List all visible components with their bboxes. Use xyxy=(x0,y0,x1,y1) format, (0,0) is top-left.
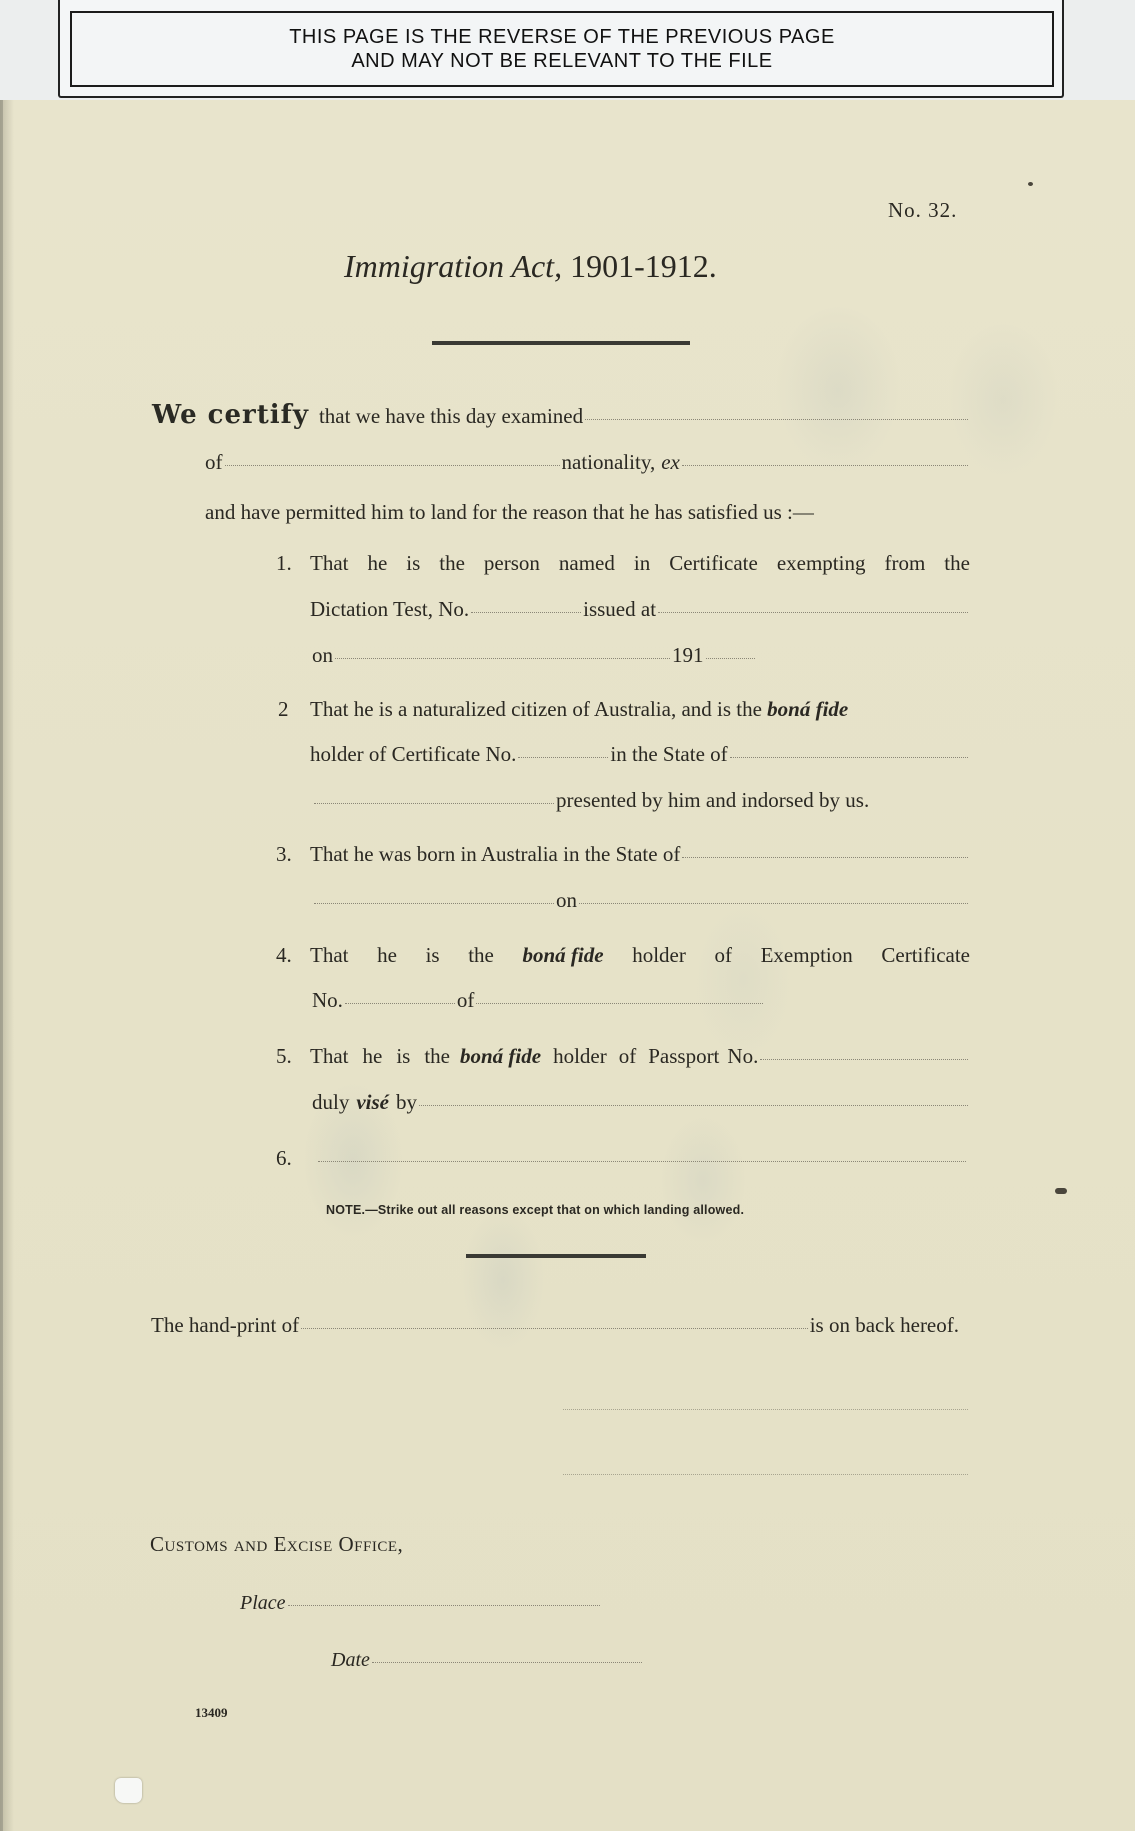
word: is xyxy=(396,1044,410,1069)
word: That xyxy=(310,943,348,968)
section-divider xyxy=(466,1254,646,1258)
certificate-state-field[interactable] xyxy=(730,757,968,758)
date-field[interactable] xyxy=(372,1662,642,1663)
year-prefix: 191 xyxy=(672,643,704,668)
on-label: on xyxy=(556,888,577,913)
handprint-name-field[interactable] xyxy=(301,1328,808,1329)
strike-out-note: NOTE.—Strike out all reasons except that… xyxy=(326,1203,744,1217)
duly-label: duly xyxy=(312,1090,349,1115)
birth-state-field[interactable] xyxy=(682,857,968,858)
reason-2-line-2: holder of Certificate No. in the State o… xyxy=(310,742,970,767)
word: he xyxy=(377,943,397,968)
reason-5-number: 5. xyxy=(276,1044,292,1069)
word: That xyxy=(310,1044,348,1069)
word: of xyxy=(619,1044,637,1069)
place-line: Place xyxy=(240,1592,602,1615)
reason-2-number: 2 xyxy=(278,697,289,722)
bona-fide-text: boná fide xyxy=(767,697,848,721)
born-in-australia-text: That he was born in Australia in the Sta… xyxy=(310,842,680,867)
word: Certificate xyxy=(881,943,970,968)
of-label: of xyxy=(205,450,223,475)
reason-2-text: That he is a naturalized citizen of Aust… xyxy=(310,697,762,721)
other-reason-field[interactable] xyxy=(318,1161,966,1162)
ink-speck xyxy=(1028,182,1033,186)
examined-name-field[interactable] xyxy=(585,419,968,420)
word: Passport xyxy=(648,1044,719,1069)
intro-line-nationality: of nationality, ex xyxy=(205,450,970,475)
reason-5-line-2: duly visé by xyxy=(312,1090,970,1115)
birth-date-field[interactable] xyxy=(579,903,968,904)
word: of xyxy=(714,943,732,968)
exemption-number-field[interactable] xyxy=(345,1003,455,1004)
word: holder xyxy=(632,943,686,968)
on-label: on xyxy=(312,643,333,668)
ex-label: ex xyxy=(661,450,680,475)
presented-indorsed-text: presented by him and indorsed by us. xyxy=(556,788,869,813)
word: Exemption xyxy=(761,943,853,968)
reason-6-line: 6. xyxy=(276,1146,968,1171)
signature-line-1[interactable] xyxy=(563,1407,968,1410)
ex-vessel-field[interactable] xyxy=(682,465,968,466)
date-label: Date xyxy=(331,1649,370,1672)
vise-authority-field[interactable] xyxy=(419,1105,968,1106)
word: is xyxy=(426,943,440,968)
word: is xyxy=(406,551,420,576)
word: the xyxy=(424,1044,450,1069)
document-title: Immigration Act, 1901-1912. xyxy=(344,248,717,285)
print-code: 13409 xyxy=(195,1705,228,1721)
state-of-label: in the State of xyxy=(610,742,727,767)
intro-line-examined: We certify that we have this day examine… xyxy=(152,400,970,430)
word: in xyxy=(634,551,650,576)
issued-at-label: issued at xyxy=(583,597,656,622)
reason-5-line-1: That he is the boná fide holder of Passp… xyxy=(310,1044,970,1069)
page-edge-shadow xyxy=(0,100,14,1831)
reason-3-number: 3. xyxy=(276,842,292,867)
banner-line-1: THIS PAGE IS THE REVERSE OF THE PREVIOUS… xyxy=(289,25,835,49)
reason-3-line-1: That he was born in Australia in the Sta… xyxy=(310,842,970,867)
word: person xyxy=(484,551,540,576)
passport-no-label: No. xyxy=(727,1044,758,1069)
handprint-prefix: The hand-print of xyxy=(151,1313,299,1338)
presented-field[interactable] xyxy=(314,803,554,804)
of-field[interactable] xyxy=(225,465,560,466)
bona-fide-text: boná fide xyxy=(460,1044,541,1069)
ink-speck xyxy=(1055,1188,1067,1194)
word: the xyxy=(468,943,494,968)
reason-1-line-3: on 191 xyxy=(312,643,757,668)
reason-2-line-3: presented by him and indorsed by us. xyxy=(312,788,922,813)
we-certify-heading: We certify xyxy=(152,400,309,430)
exemption-of-field[interactable] xyxy=(476,1003,763,1004)
by-label: by xyxy=(396,1090,417,1115)
reason-1-number: 1. xyxy=(276,551,292,576)
archive-notice-banner: THIS PAGE IS THE REVERSE OF THE PREVIOUS… xyxy=(70,11,1054,87)
date-line: Date xyxy=(331,1649,644,1672)
birth-place-field[interactable] xyxy=(314,903,554,904)
punch-hole xyxy=(115,1778,142,1803)
word: Certificate xyxy=(669,551,758,576)
reason-4-line-2: No. of xyxy=(312,988,765,1013)
handprint-line: The hand-print of is on back hereof. xyxy=(151,1313,959,1338)
vise-text: visé xyxy=(356,1090,389,1115)
permitted-to-land-text: and have permitted him to land for the r… xyxy=(205,500,814,525)
certificate-number-field[interactable] xyxy=(518,757,608,758)
word: from xyxy=(884,551,925,576)
dictation-test-number-field[interactable] xyxy=(471,612,581,613)
word: exempting xyxy=(777,551,866,576)
place-field[interactable] xyxy=(288,1605,600,1606)
year-suffix-field[interactable] xyxy=(706,658,756,659)
of-label: of xyxy=(457,988,475,1013)
reason-6-number: 6. xyxy=(276,1146,292,1171)
reason-1-line-2: Dictation Test, No. issued at xyxy=(310,597,970,622)
place-label: Place xyxy=(240,1592,286,1615)
reason-1-line-1: That he is the person named in Certifica… xyxy=(310,551,970,576)
reason-3-line-2: on xyxy=(312,888,970,913)
certificate-no-label: holder of Certificate No. xyxy=(310,742,516,767)
issued-date-field[interactable] xyxy=(335,658,670,659)
nationality-label: nationality, xyxy=(562,450,656,475)
reason-2-line-1: That he is a naturalized citizen of Aust… xyxy=(310,697,848,722)
reason-4-line-1: That he is the boná fide holder of Exemp… xyxy=(310,943,970,968)
word: holder xyxy=(553,1044,607,1069)
title-years: 1901-1912. xyxy=(570,248,717,284)
signature-line-2[interactable] xyxy=(563,1472,968,1475)
word: he xyxy=(367,551,387,576)
word: the xyxy=(944,551,970,576)
passport-number-field[interactable] xyxy=(760,1059,968,1060)
title-act-name: Immigration Act, xyxy=(344,248,562,284)
bona-fide-text: boná fide xyxy=(522,943,603,968)
issued-at-field[interactable] xyxy=(658,612,968,613)
customs-office-label: Customs and Excise Office, xyxy=(150,1532,403,1557)
banner-line-2: AND MAY NOT BE RELEVANT TO THE FILE xyxy=(351,49,772,73)
intro-examined-text: that we have this day examined xyxy=(319,404,583,429)
word: he xyxy=(362,1044,382,1069)
word: named xyxy=(559,551,615,576)
form-number: No. 32. xyxy=(888,198,957,223)
dictation-test-label: Dictation Test, No. xyxy=(310,597,469,622)
handprint-suffix: is on back hereof. xyxy=(810,1313,959,1338)
exemption-no-label: No. xyxy=(312,988,343,1013)
reason-4-number: 4. xyxy=(276,943,292,968)
title-divider xyxy=(432,341,690,345)
word: That xyxy=(310,551,348,576)
word: the xyxy=(439,551,465,576)
